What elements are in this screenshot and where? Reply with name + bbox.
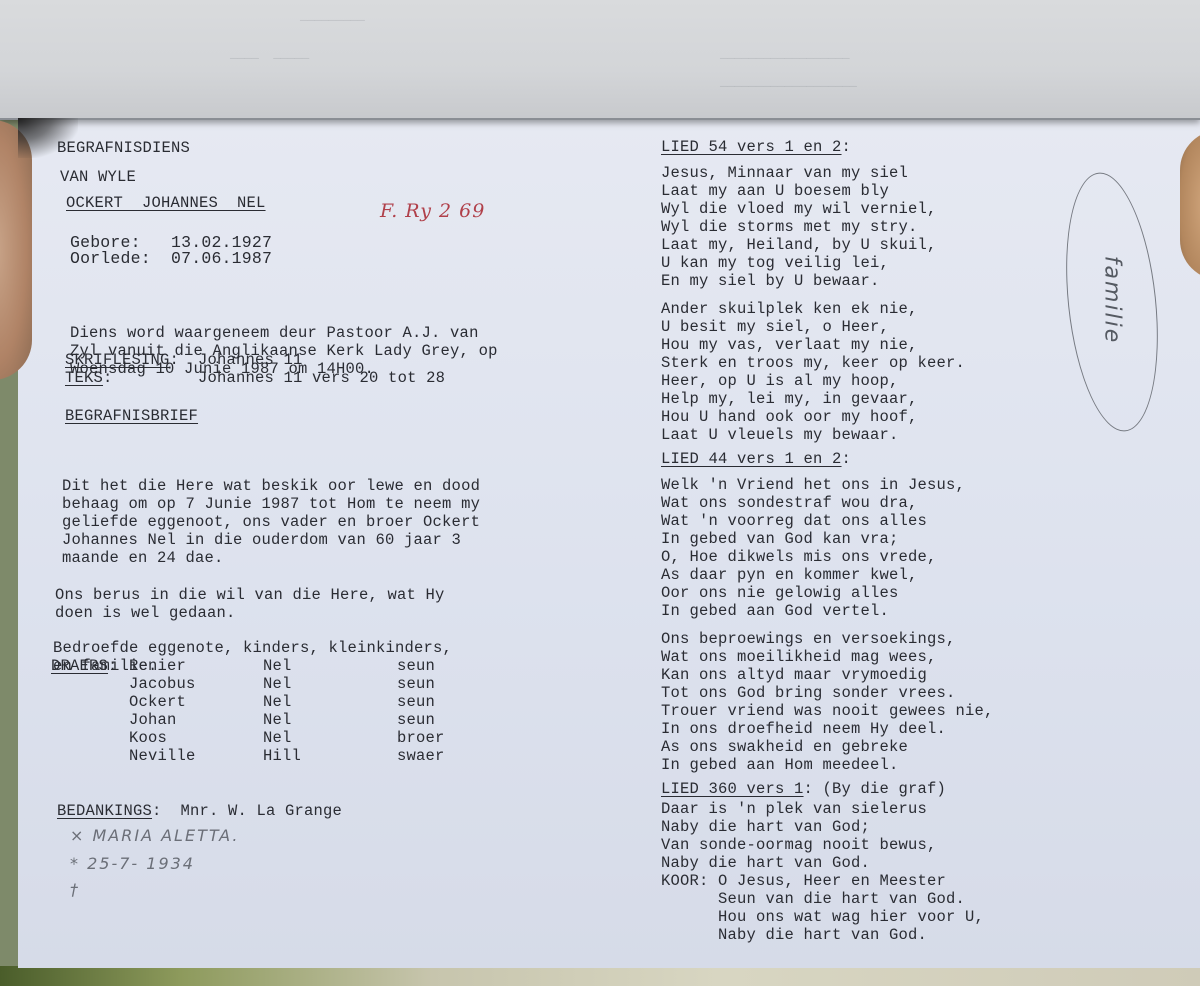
hymn-stanza: Daar is 'n plek van sielerusNaby die har… xyxy=(661,800,994,944)
bearer-row: RenierNelseun xyxy=(129,657,445,675)
lyric-line: Tot ons God bring sonder vrees. xyxy=(661,684,994,702)
handwritten-cross-note: † xyxy=(70,880,80,899)
text-label: TEKS xyxy=(65,369,103,387)
lyric-line: Oor ons nie gelowig alles xyxy=(661,584,994,602)
bearer-row: JohanNelseun xyxy=(129,711,445,729)
letter-line: Johannes Nel in die ouderdom van 60 jaar… xyxy=(62,531,480,549)
lyric-line: Wyl die vloed my wil verniel, xyxy=(661,200,994,218)
bearer-relation: seun xyxy=(397,711,435,729)
lyric-line: Heer, op U is al my hoop, xyxy=(661,372,994,390)
lyric-line: Help my, lei my, in gevaar, xyxy=(661,390,994,408)
thanks-value: Mnr. W. La Grange xyxy=(181,802,343,820)
bearers-table: RenierNelseunJacobusNelseunOckertNelseun… xyxy=(129,657,445,765)
bearer-first-name: Jacobus xyxy=(129,675,263,693)
bearer-last-name: Nel xyxy=(263,657,397,675)
lyric-line: Hou my vas, verlaat my nie, xyxy=(661,336,994,354)
lyric-line: KOOR: O Jesus, Heer en Meester xyxy=(661,872,994,890)
service-line: Diens word waargeneem deur Pastoor A.J. … xyxy=(70,324,498,342)
hymn-title: LIED 54 vers 1 en 2: xyxy=(661,138,994,158)
deceased-name: OCKERT JOHANNES NEL xyxy=(66,194,266,212)
lyric-line: Wat ons moeilikheid mag wees, xyxy=(661,648,994,666)
bearer-last-name: Nel xyxy=(263,675,397,693)
lyric-line: Naby die hart van God. xyxy=(661,926,994,944)
hymn-title-suffix: : xyxy=(842,138,852,156)
hymn-title-suffix: : xyxy=(842,450,852,468)
margin-note-family: familie xyxy=(1100,256,1125,345)
bleed-through-text: ─────────────────── xyxy=(720,80,857,94)
letter-line: Dit het die Here wat beskik oor lewe en … xyxy=(62,477,480,495)
hymn-title-text: LIED 54 vers 1 en 2 xyxy=(661,138,842,156)
heading-service: BEGRAFNISDIENS xyxy=(57,139,190,157)
bearer-relation: swaer xyxy=(397,747,445,765)
bearers-label: DRAERS xyxy=(51,657,108,675)
lyric-line: Hou U hand ook oor my hoof, xyxy=(661,408,994,426)
lyric-line: Ons beproewings en versoekings, xyxy=(661,630,994,648)
previous-page-fold: ───────── ──── ───── ────────────────── … xyxy=(0,0,1200,120)
lyric-line: Wat ons sondestraf wou dra, xyxy=(661,494,994,512)
lyric-line: Naby die hart van God; xyxy=(661,818,994,836)
lyric-line: Hou ons wat wag hier voor U, xyxy=(661,908,994,926)
hymn-title: LIED 44 vers 1 en 2: xyxy=(661,450,994,470)
lyric-line: En my siel by U bewaar. xyxy=(661,272,994,290)
bearer-relation: seun xyxy=(397,657,435,675)
bleed-through-text: ───────── xyxy=(300,14,365,28)
hymn-title: LIED 360 vers 1: (By die graf) xyxy=(661,780,994,800)
bearer-last-name: Nel xyxy=(263,729,397,747)
lyric-line: In gebed van God kan vra; xyxy=(661,530,994,548)
lyric-line: In ons droefheid neem Hy deel. xyxy=(661,720,994,738)
bearer-first-name: Ockert xyxy=(129,693,263,711)
hymn-title-text: LIED 44 vers 1 en 2 xyxy=(661,450,842,468)
died-date: 07.06.1987 xyxy=(171,249,272,268)
lyric-line: Jesus, Minnaar van my siel xyxy=(661,164,994,182)
hymn-stanza: Jesus, Minnaar van my sielLaat my aan U … xyxy=(661,164,994,290)
bearer-row: NevilleHillswaer xyxy=(129,747,445,765)
lyric-line: Van sonde-oormag nooit bewus, xyxy=(661,836,994,854)
lyric-line: Laat U vleuels my bewaar. xyxy=(661,426,994,444)
died-label: Oorlede: xyxy=(70,249,151,268)
letter-heading: BEGRAFNISBRIEF xyxy=(65,407,198,425)
archive-reference-note: F. Ry 2 69 xyxy=(380,200,485,222)
scripture-label: SKRIFLESING xyxy=(65,351,170,369)
hymn-stanza: Welk 'n Vriend het ons in Jesus,Wat ons … xyxy=(661,476,994,620)
lyric-line: O, Hoe dikwels mis ons vrede, xyxy=(661,548,994,566)
lyric-line: U kan my tog veilig lei, xyxy=(661,254,994,272)
bearer-relation: seun xyxy=(397,693,435,711)
lyric-line: Sterk en troos my, keer op keer. xyxy=(661,354,994,372)
lyric-line: Welk 'n Vriend het ons in Jesus, xyxy=(661,476,994,494)
lyric-line: U besit my siel, o Heer, xyxy=(661,318,994,336)
rest-line: Ons berus in die wil van die Here, wat H… xyxy=(55,586,445,604)
handwritten-name-note: × MARIA ALETTA. xyxy=(70,826,239,845)
bearers-label-row: DRAERS: xyxy=(51,657,118,675)
bearer-row: KoosNelbroer xyxy=(129,729,445,747)
heading-late: VAN WYLE xyxy=(60,168,136,186)
lyric-line: Ander skuilplek ken ek nie, xyxy=(661,300,994,318)
lyric-line: As daar pyn en kommer kwel, xyxy=(661,566,994,584)
lyric-line: Kan ons altyd maar vrymoedig xyxy=(661,666,994,684)
bleed-through-text: ──── ───── xyxy=(230,52,309,66)
letter-line: behaag om op 7 Junie 1987 tot Hom te nee… xyxy=(62,495,480,513)
letter-line: geliefde eggenoot, ons vader en broer Oc… xyxy=(62,513,480,531)
hymn-stanza: Ander skuilplek ken ek nie,U besit my si… xyxy=(661,300,994,444)
hymn-title-suffix: : (By die graf) xyxy=(804,780,947,798)
hymns-column: LIED 54 vers 1 en 2:Jesus, Minnaar van m… xyxy=(661,138,994,944)
thanks-row: BEDANKINGS: Mnr. W. La Grange xyxy=(57,802,342,820)
mourners-line: Bedroefde eggenote, kinders, kleinkinder… xyxy=(53,639,452,657)
lyric-line: Wyl die storms met my stry. xyxy=(661,218,994,236)
bearer-first-name: Neville xyxy=(129,747,263,765)
bleed-through-text: ────────────────── xyxy=(720,52,850,66)
scripture-value: Johannes 11 xyxy=(198,351,303,369)
lyric-line: Daar is 'n plek van sielerus xyxy=(661,800,994,818)
lyric-line: Wat 'n voorreg dat ons alles xyxy=(661,512,994,530)
lyric-line: Naby die hart van God. xyxy=(661,854,994,872)
scripture-row: SKRIFLESING: Johannes 11 xyxy=(65,351,303,369)
lyric-line: Laat my, Heiland, by U skuil, xyxy=(661,236,994,254)
bearer-row: OckertNelseun xyxy=(129,693,445,711)
hymn-title-text: LIED 360 vers 1 xyxy=(661,780,804,798)
bearer-row: JacobusNelseun xyxy=(129,675,445,693)
lyric-line: In gebed aan Hom meedeel. xyxy=(661,756,994,774)
lyric-line: Seun van die hart van God. xyxy=(661,890,994,908)
lyric-line: In gebed aan God vertel. xyxy=(661,602,994,620)
lyric-line: As ons swakheid en gebreke xyxy=(661,738,994,756)
bearer-last-name: Hill xyxy=(263,747,397,765)
handwritten-birthdate-note: * 25-7- 1934 xyxy=(70,854,195,873)
bearer-last-name: Nel xyxy=(263,693,397,711)
bearer-last-name: Nel xyxy=(263,711,397,729)
lyric-line: Trouer vriend was nooit gewees nie, xyxy=(661,702,994,720)
left-thumb xyxy=(0,120,32,380)
text-row: TEKS: Johannes 11 vers 20 tot 28 xyxy=(65,369,445,387)
thanks-label: BEDANKINGS xyxy=(57,802,152,820)
background-ground xyxy=(0,966,1200,986)
bearer-first-name: Koos xyxy=(129,729,263,747)
lyric-line: Laat my aan U boesem bly xyxy=(661,182,994,200)
bearer-relation: broer xyxy=(397,729,445,747)
bearer-first-name: Johan xyxy=(129,711,263,729)
bearer-first-name: Renier xyxy=(129,657,263,675)
died-row: Oorlede: 07.06.1987 xyxy=(70,250,272,268)
bearer-relation: seun xyxy=(397,675,435,693)
text-value: Johannes 11 vers 20 tot 28 xyxy=(198,369,445,387)
hymn-stanza: Ons beproewings en versoekings,Wat ons m… xyxy=(661,630,994,774)
